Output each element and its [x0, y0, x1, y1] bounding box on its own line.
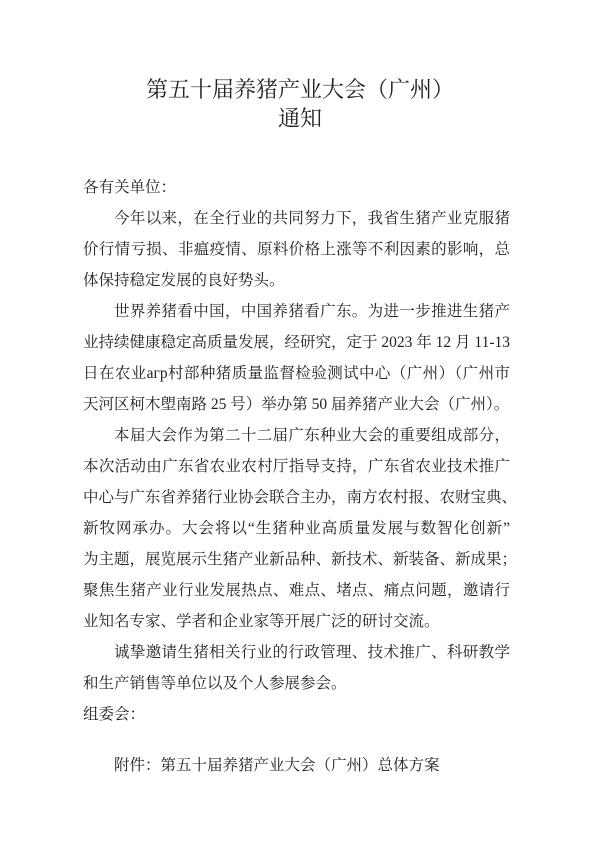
body-line: 本次活动由广东省农业农村厅指导支持，广东省农业技术推广 [83, 451, 510, 482]
document-body: 各有关单位： 今年以来，在全行业的共同努力下，我省生猪产业克服猪 价行情亏损、非… [83, 172, 510, 781]
document-header: 第五十届养猪产业大会（广州） 通知 [0, 0, 600, 133]
body-line: 和生产销售等单位以及个人参展参会。 [83, 668, 510, 699]
signoff-line: 组委会： [83, 699, 510, 730]
document-page: 第五十届养猪产业大会（广州） 通知 各有关单位： 今年以来，在全行业的共同努力下… [0, 0, 600, 848]
body-line: 天河区柯木塱南路 25 号）举办第 50 届养猪产业大会（广州）。 [83, 389, 510, 420]
body-line: 业持续健康稳定高质量发展，经研究，定于 2023 年 12 月 11-13 [83, 327, 510, 358]
body-line: 价行情亏损、非瘟疫情、原料价格上涨等不利因素的影响，总 [83, 234, 510, 265]
body-line: 诚挚邀请生猪相关行业的行政管理、技术推广、科研教学 [83, 637, 510, 668]
body-line: 今年以来，在全行业的共同努力下，我省生猪产业克服猪 [83, 203, 510, 234]
salutation-line: 各有关单位： [83, 172, 510, 203]
body-line: 世界养猪看中国，中国养猪看广东。为进一步推进生猪产 [83, 296, 510, 327]
body-line: 新牧网承办。大会将以“生猪种业高质量发展与数智化创新” [83, 513, 510, 544]
body-line: 本届大会作为第二十二届广东种业大会的重要组成部分， [83, 420, 510, 451]
document-subtitle: 通知 [0, 104, 600, 133]
body-line: 业知名专家、学者和企业家等开展广泛的研讨交流。 [83, 606, 510, 637]
document-title: 第五十届养猪产业大会（广州） [0, 75, 600, 104]
body-line: 体保持稳定发展的良好势头。 [83, 265, 510, 296]
body-line: 聚焦生猪产业行业发展热点、难点、堵点、痛点问题，邀请行 [83, 575, 510, 606]
body-line: 日在农业агр村部种猪质量监督检验测试中心（广州）（广州市 [83, 358, 510, 389]
body-line: 为主题，展览展示生猪产业新品种、新技术、新装备、新成果； [83, 544, 510, 575]
body-line: 中心与广东省养猪行业协会联合主办，南方农村报、农财宝典、 [83, 482, 510, 513]
attachment-line: 附件：第五十届养猪产业大会（广州）总体方案 [83, 750, 510, 781]
